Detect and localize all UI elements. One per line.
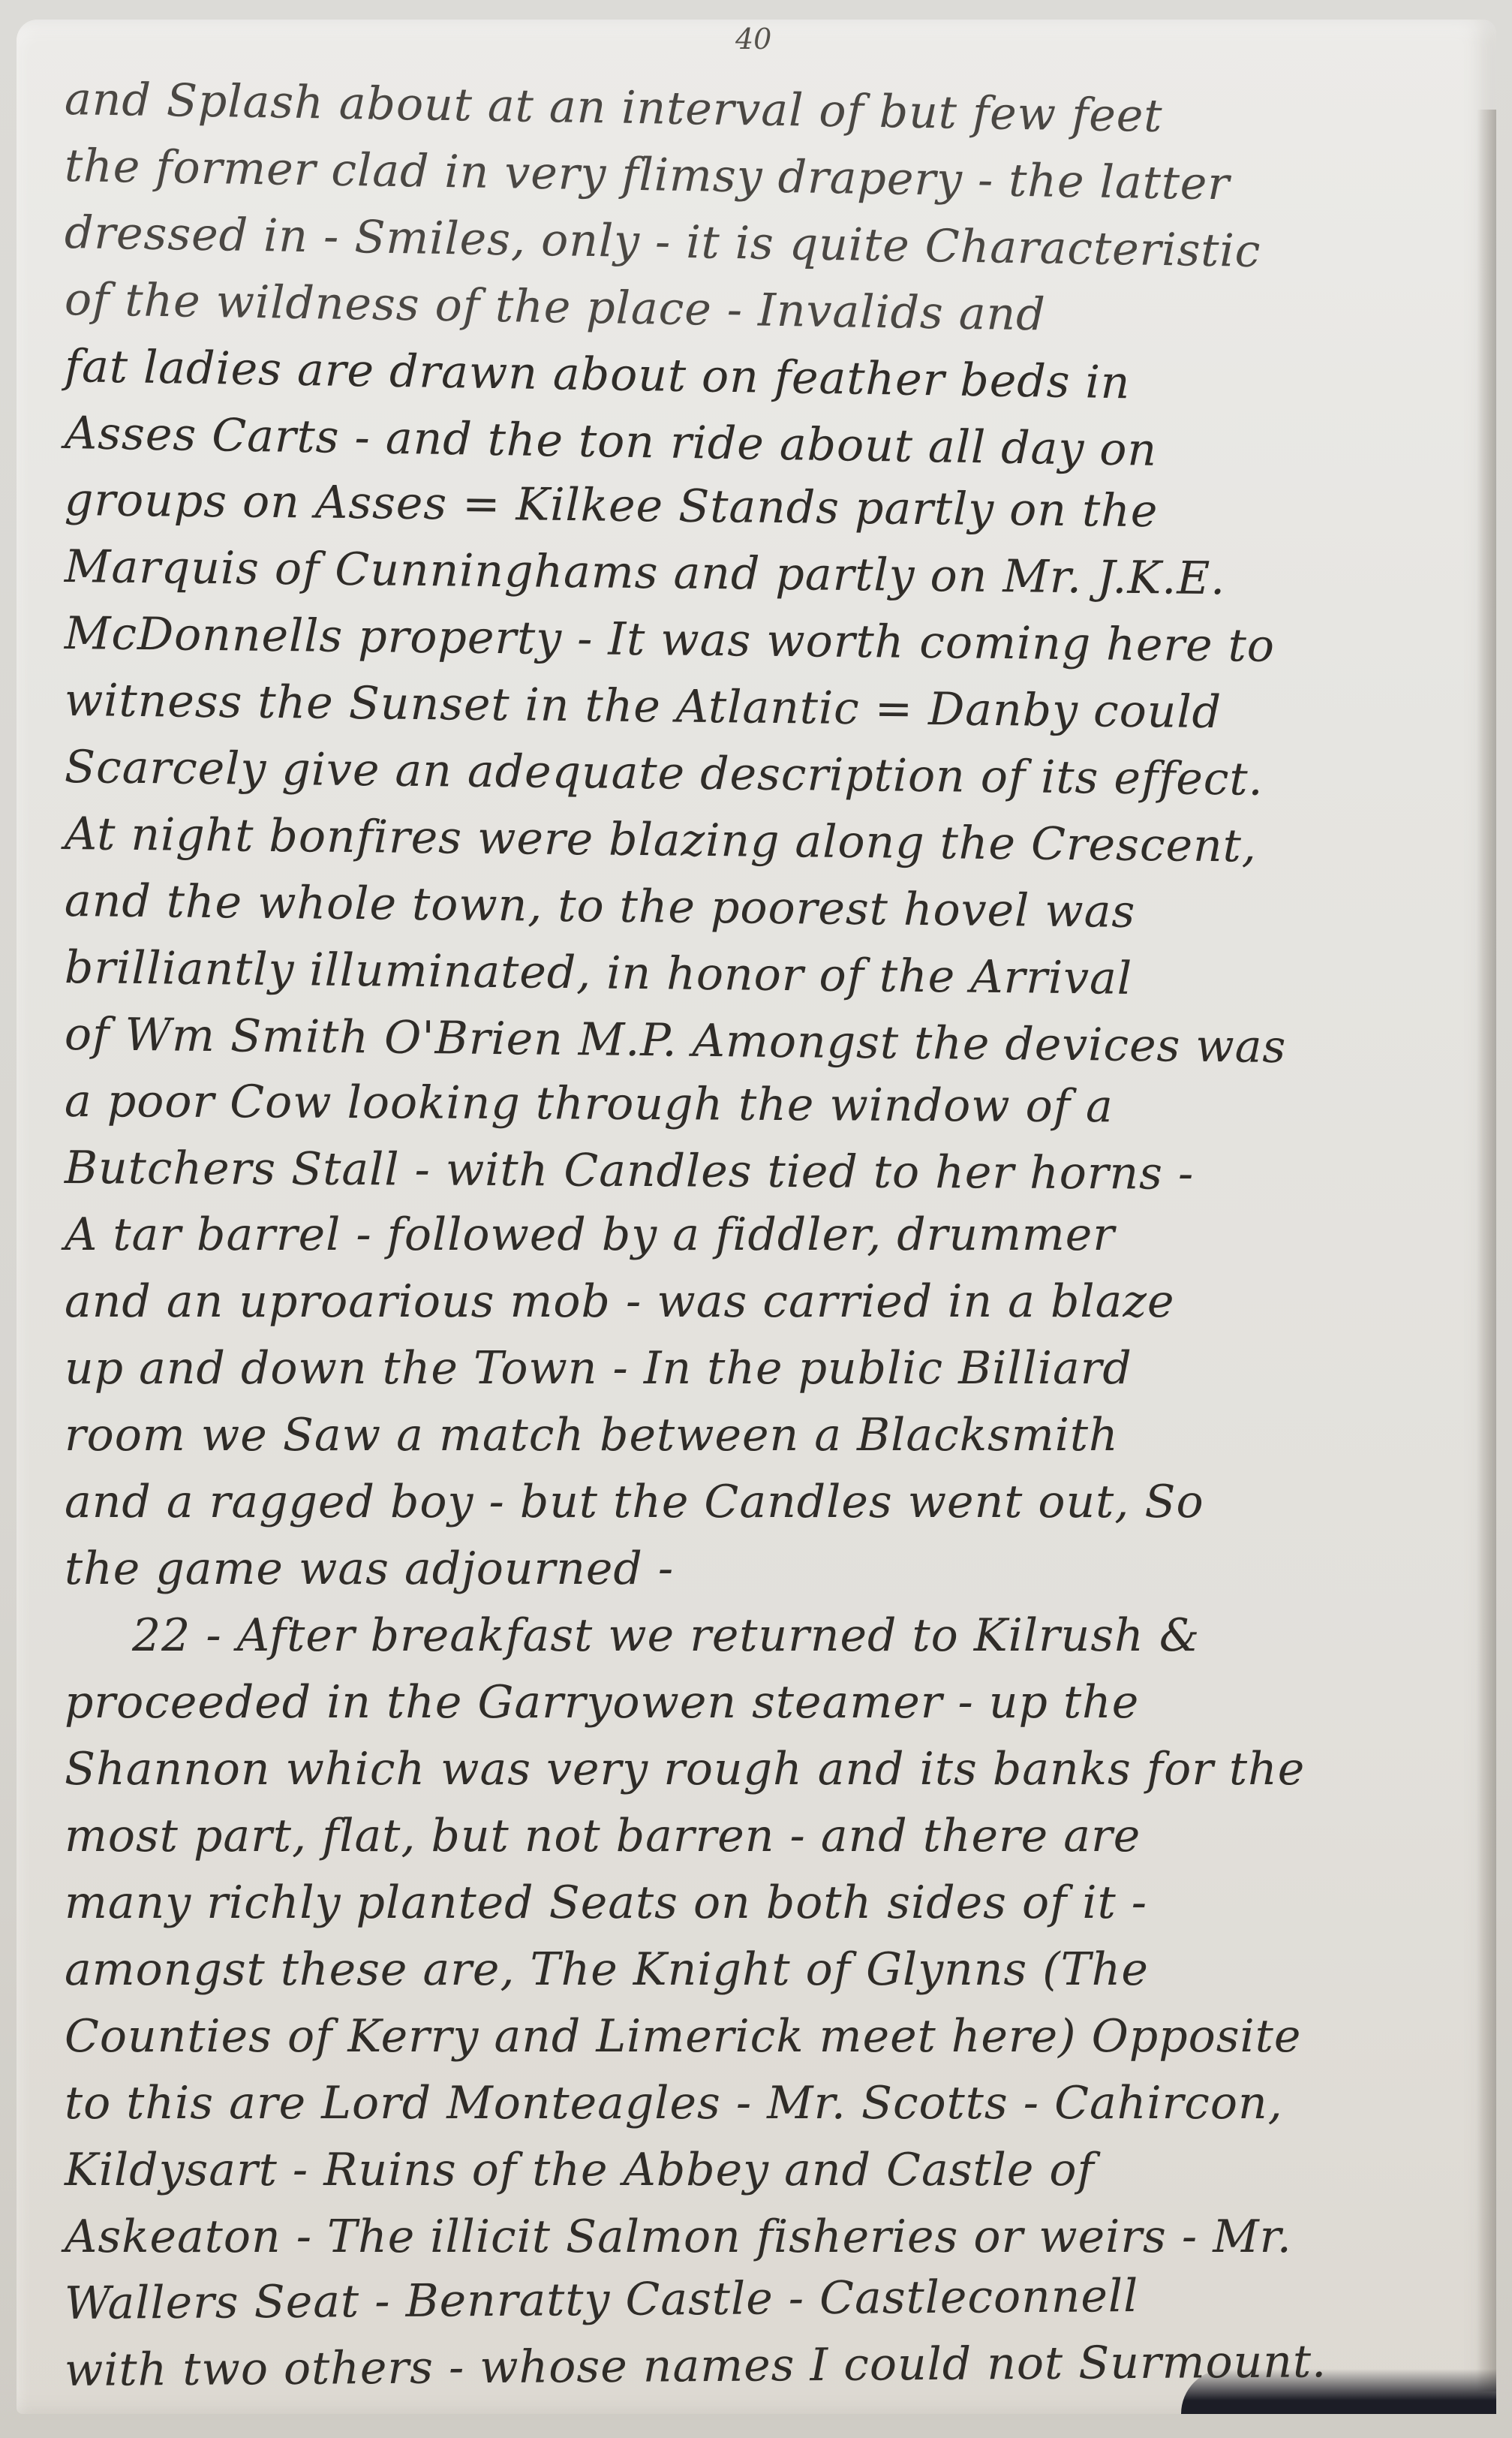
text-line: Askeaton - The illicit Salmon fisheries … [65,2204,1483,2271]
page-number: 40 [735,23,771,56]
text-line: proceeded in the Garryowen steamer - up … [65,1669,1483,1736]
text-line: Wallers Seat - Benratty Castle - Castlec… [65,2261,1483,2337]
text-line: most part, flat, but not barren - and th… [65,1803,1483,1870]
text-line-entry-date: 22 - After breakfast we returned to Kilr… [65,1603,1483,1669]
text-line: with two others - whose names I could no… [65,2328,1483,2404]
text-line: and an uproarious mob - was carried in a… [65,1269,1483,1335]
text-line: Kildysart - Ruins of the Abbey and Castl… [65,2137,1483,2204]
text-line: amongst these are, The Knight of Glynns … [65,1937,1483,2003]
text-line: a poor Cow looking through the window of… [65,1068,1483,1142]
text-line: up and down the Town - In the public Bil… [65,1335,1483,1402]
manuscript-page: 40 and Splash about at an interval of bu… [17,20,1496,2414]
text-line: Shannon which was very rough and its ban… [65,1736,1483,1803]
text-line: to this are Lord Monteagles - Mr. Scotts… [65,2070,1483,2137]
text-line: Butchers Stall - with Candles tied to he… [65,1135,1483,1209]
text-line: and a ragged boy - but the Candles went … [65,1469,1483,1536]
text-line: many richly planted Seats on both sides … [65,1870,1483,1937]
text-line: Counties of Kerry and Limerick meet here… [65,2003,1483,2070]
text-line: A tar barrel - followed by a fiddler, dr… [65,1202,1483,1269]
text-line: the game was adjourned - [65,1536,1483,1603]
handwritten-text-block: and Splash about at an interval of but f… [65,66,1483,2404]
text-line: room we Saw a match between a Blacksmith [65,1402,1483,1469]
